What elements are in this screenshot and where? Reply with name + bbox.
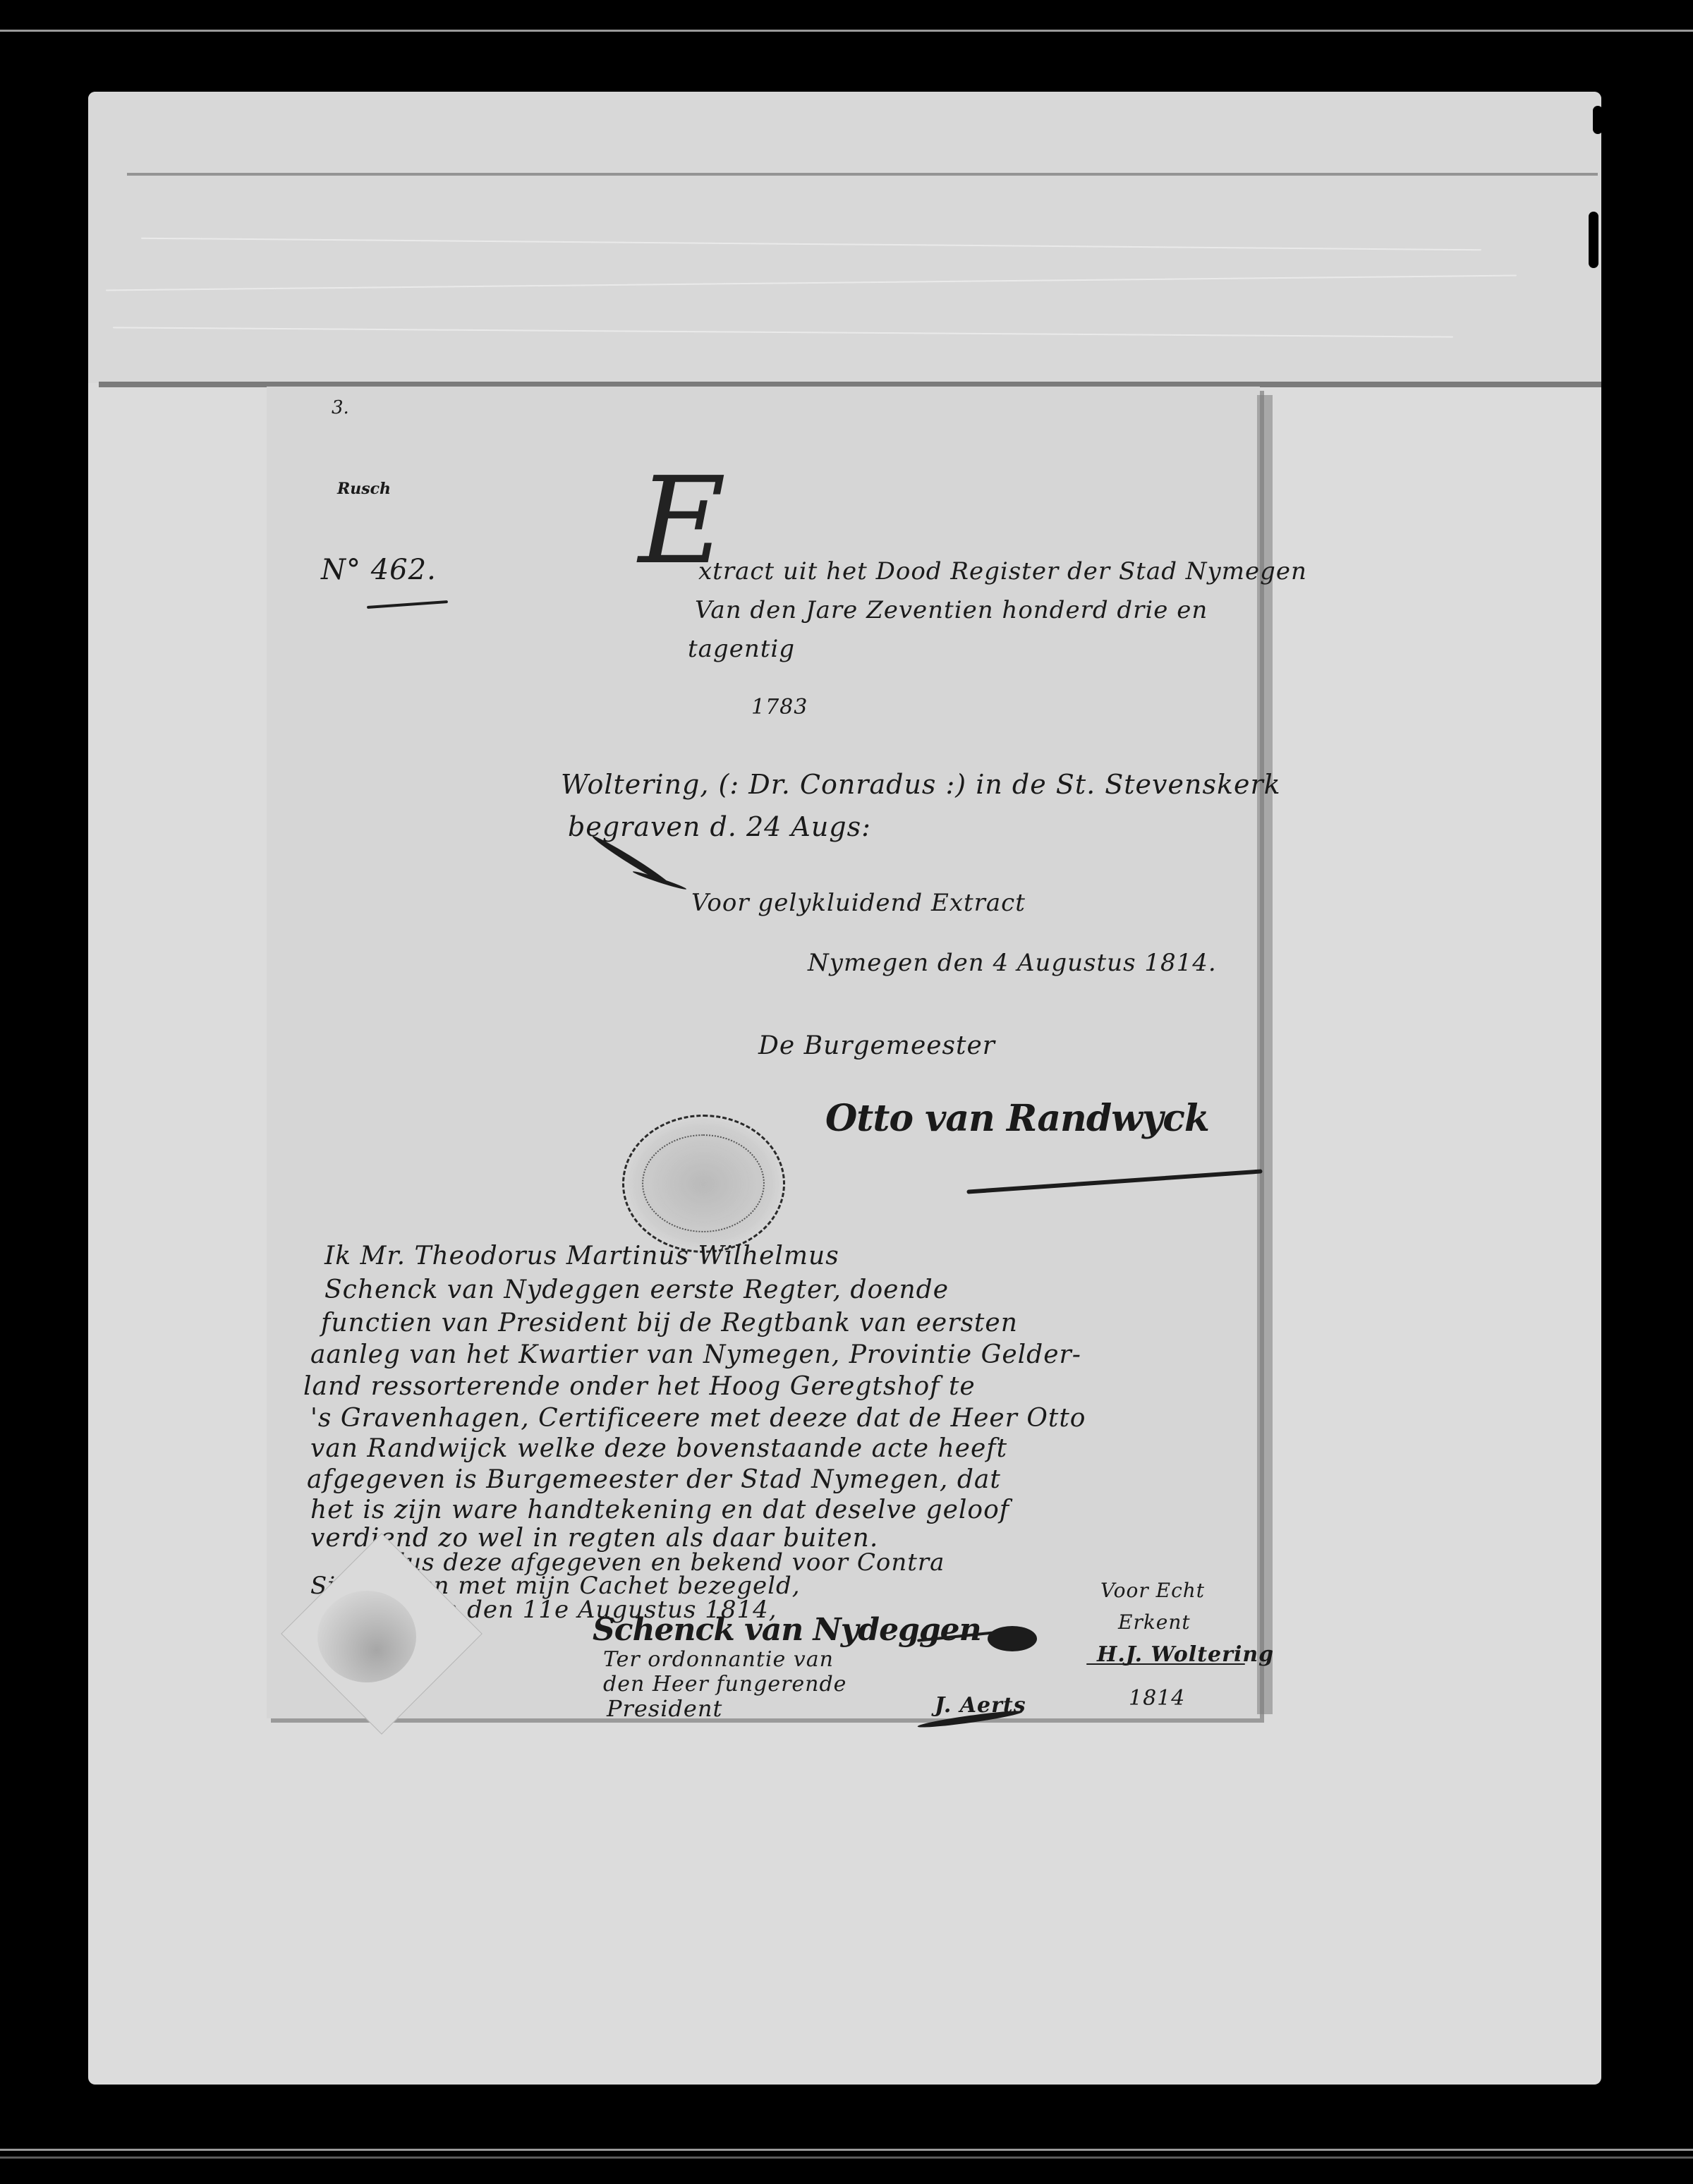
attest-line-3: President [607,1695,722,1722]
mayor-title: De Burgemeester [758,1031,995,1060]
scan-line-top [0,30,1693,32]
entry-line-1: Woltering, (: Dr. Conradus :) in de St. … [561,769,1281,800]
legalization-line-2: Schenck van Nydeggen eerste Regter, doen… [324,1275,949,1304]
margin-note-line-1: Voor Echt [1100,1579,1205,1602]
certification-place-date: Nymegen den 4 Augustus 1814. [808,949,1217,977]
entry-line-2: begraven d. 24 Augs: [568,811,871,842]
attest-line-1: Ter ordonnantie van [603,1647,834,1672]
mount-top-strip [88,92,1601,383]
record-number: N° 462. [321,554,437,586]
ink-blot [988,1626,1037,1651]
legalization-line-6: 's Gravenhagen, Certificeere met deeze d… [310,1404,1086,1433]
municipal-ink-stamp [622,1115,785,1253]
margin-note-year: 1814 [1129,1686,1185,1711]
margin-note-underline [1086,1663,1245,1665]
margin-note-line-2: Erkent [1118,1610,1191,1634]
legalization-line-8: afgegeven is Burgemeester der Stad Nymeg… [307,1465,1001,1494]
paper-edge-shadow [1257,395,1273,1714]
legalization-line-3: functien van President bij de Regtbank v… [321,1309,1018,1337]
mayor-signature: Otto van Randwyck [825,1097,1209,1140]
attest-line-2: den Heer fungerende [603,1672,846,1697]
legalization-line-7: van Randwijck welke deze bovenstaande ac… [310,1434,1007,1463]
mount-crease-line [127,173,1598,176]
heading-line-3: tagentig [688,635,795,663]
scan-line-bottom-2 [0,2156,1693,2159]
edge-notch [1589,212,1598,268]
stamp-inner-ring [642,1134,765,1232]
heading-line-2: Van den Jare Zeventien honderd drie en [695,596,1208,624]
edge-notch [1593,106,1603,134]
margin-note-top: Rusch [337,480,391,498]
legalization-line-4: aanleg van het Kwartier van Nymegen, Pro… [310,1340,1081,1369]
legalization-line-5: land ressorterende onder het Hoog Geregt… [303,1372,976,1401]
judge-signature: Schenck van Nydeggen [593,1612,981,1648]
legalization-line-9: het is zijn ware handtekening en dat des… [310,1496,1009,1524]
certification-text: Voor gelykluidend Extract [691,889,1026,917]
page-number: 3. [332,397,349,418]
wafer-seal [317,1591,416,1682]
heading-year: 1783 [751,695,808,720]
legalization-line-1: Ik Mr. Theodorus Martinus Wilhelmus [324,1242,839,1270]
scan-line-bottom-1 [0,2149,1693,2151]
heading-line-1: xtract uit het Dood Register der Stad Ny… [698,557,1307,586]
